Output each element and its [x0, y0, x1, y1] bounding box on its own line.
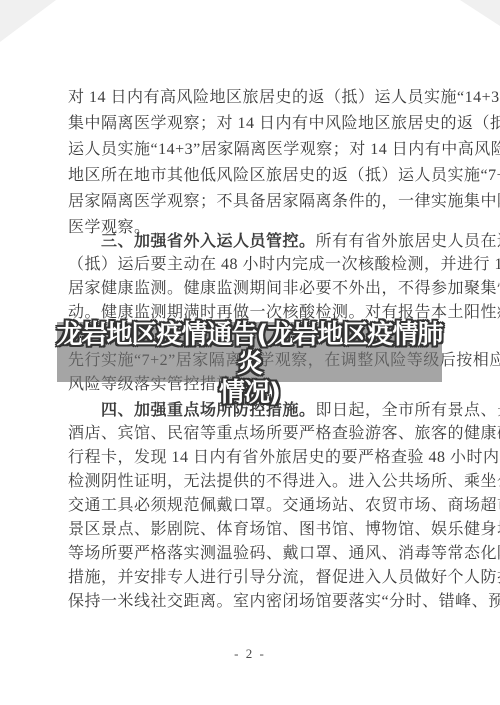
- doc-line: 三、加强省外入运人员管控。所有有省外旅居史人员在返: [68, 229, 445, 253]
- doc-line: 居家健康监测。健康监测期间非必要不外出，不得参加聚集性活: [68, 277, 445, 301]
- doc-line: 检测阴性证明，无法提供的不得进入。进入公共场所、乘坐公共: [68, 470, 445, 494]
- doc-line: 交通工具必须规范佩戴口罩。交通场站、农贸市场、商场超市、: [68, 494, 445, 518]
- doc-line: （抵）运后要主动在 48 小时内完成一次核酸检测，并进行 14 天: [68, 253, 445, 277]
- overlay-title-line-2: 情况): [47, 379, 452, 408]
- doc-line: 保持一米线社交距离。室内密闭场馆要落实“分时、错峰、预约”: [68, 590, 445, 614]
- scan-edge-shadow-top-right: [460, 0, 500, 26]
- doc-line: 酒店、宾馆、民宿等重点场所要严格查验游客、旅客的健康码和: [68, 422, 445, 446]
- doc-line: 集中隔离医学观察；对 14 日内有中风险地区旅居史的返（抵）: [68, 111, 445, 137]
- doc-line: 居家隔离医学观察；不具备居家隔离条件的，一律实施集中隔离: [68, 189, 445, 215]
- doc-line: 对 14 日内有高风险地区旅居史的返（抵）运人员实施“14+3”: [68, 85, 445, 111]
- overlay-title: 龙岩地区疫情通告(龙岩地区疫情肺炎 情况): [47, 321, 452, 408]
- doc-line: 措施，并安排专人进行引导分流，督促进入人员做好个人防护，: [68, 566, 445, 590]
- doc-line: 行程卡，发现 14 日内有省外旅居史的要严格查验 48 小时内核酸: [68, 446, 445, 470]
- overlay-title-line-1: 龙岩地区疫情通告(龙岩地区疫情肺炎: [47, 321, 452, 379]
- document-paragraph-continuation: 对 14 日内有高风险地区旅居史的返（抵）运人员实施“14+3”集中隔离医学观察…: [68, 85, 445, 241]
- doc-line: 景区景点、影剧院、体育场馆、图书馆、博物馆、娱乐健身场所: [68, 518, 445, 542]
- doc-line: 等场所要严格落实测温验码、戴口罩、通风、消毒等常态化防控: [68, 542, 445, 566]
- section-heading: 三、加强省外入运人员管控。: [101, 231, 316, 250]
- document-paragraph-section-four: 四、加强重点场所防控措施。即日起，全市所有景点、景区、酒店、宾馆、民宿等重点场所…: [68, 398, 445, 614]
- doc-line: 运人员实施“14+3”居家隔离医学观察；对 14 日内有中高风险: [68, 137, 445, 163]
- doc-line: 地区所在地市其他低风险区旅居史的返（抵）运人员实施“7+2”: [68, 163, 445, 189]
- page-number: - 2 -: [0, 646, 500, 662]
- scan-edge-shadow-top-left: [0, 0, 56, 42]
